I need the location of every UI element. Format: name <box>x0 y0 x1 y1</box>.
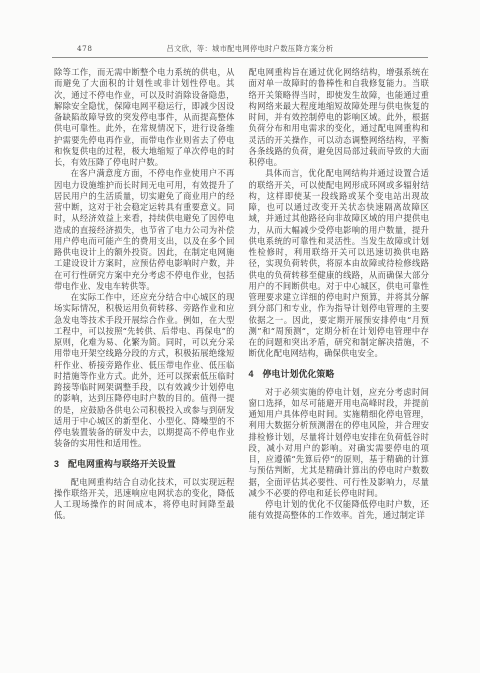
section-title: 停电计划优化策略 <box>263 369 335 379</box>
paragraph: 在客户满意度方面，不停电作业使用户不再因电力设施维护而长时间无电可用，有效提升了… <box>54 168 235 292</box>
section-heading: 4停电计划优化策略 <box>249 368 430 380</box>
paragraph: 停电计划的优化不仅能降低停电时户数，还能有效提高整体的工作效率。首先，通过制定详 <box>249 499 430 522</box>
section-heading: 3配电网重构与联络开关设置 <box>54 458 235 470</box>
right-column: 配电网重构旨在通过优化网络结构，增强系统在面对单一故障时的鲁棒性和自我修复能力。… <box>249 67 430 522</box>
paragraph: 配电网重构结合自动化技术，可以实现远程操作联络开关，迅速响应电网状态的变化，降低… <box>54 477 235 522</box>
paragraph: 在实际工作中，还应充分结合中心城区的现场实际情况，积极运用负荷转移、旁路作业和应… <box>54 292 235 450</box>
paper-page: 478 吕文欣，等：城市配电网停电时户数压降方案分析 除等工作，而无需中断整个电… <box>0 0 480 673</box>
section-number: 4 <box>249 368 254 380</box>
page-header: 478 吕文欣，等：城市配电网停电时户数压降方案分析 <box>52 42 428 58</box>
paragraph: 对于必须实施的停电计划，应充分考虑时间窗口选择，如尽可能避开用电高峰时段，并提前… <box>249 387 430 500</box>
paragraph: 除等工作，而无需中断整个电力系统的供电，从而避免了大面积的计划性或非计划性停电。… <box>54 67 235 168</box>
section-title: 配电网重构与联络开关设置 <box>68 459 176 469</box>
left-column: 除等工作，而无需中断整个电力系统的供电，从而避免了大面积的计划性或非计划性停电。… <box>54 67 235 522</box>
section-number: 3 <box>54 458 59 470</box>
page-number: 478 <box>77 44 93 53</box>
paragraph: 配电网重构旨在通过优化网络结构，增强系统在面对单一故障时的鲁棒性和自我修复能力。… <box>249 67 430 168</box>
running-title: 吕文欣，等：城市配电网停电时户数压降方案分析 <box>112 44 388 54</box>
paragraph: 具体而言，优化配电网结构并通过设置合适的联络开关，可以使配电网形成环网或多辐射结… <box>249 168 430 359</box>
page-body: 除等工作，而无需中断整个电力系统的供电，从而避免了大面积的计划性或非计划性停电。… <box>54 67 429 522</box>
